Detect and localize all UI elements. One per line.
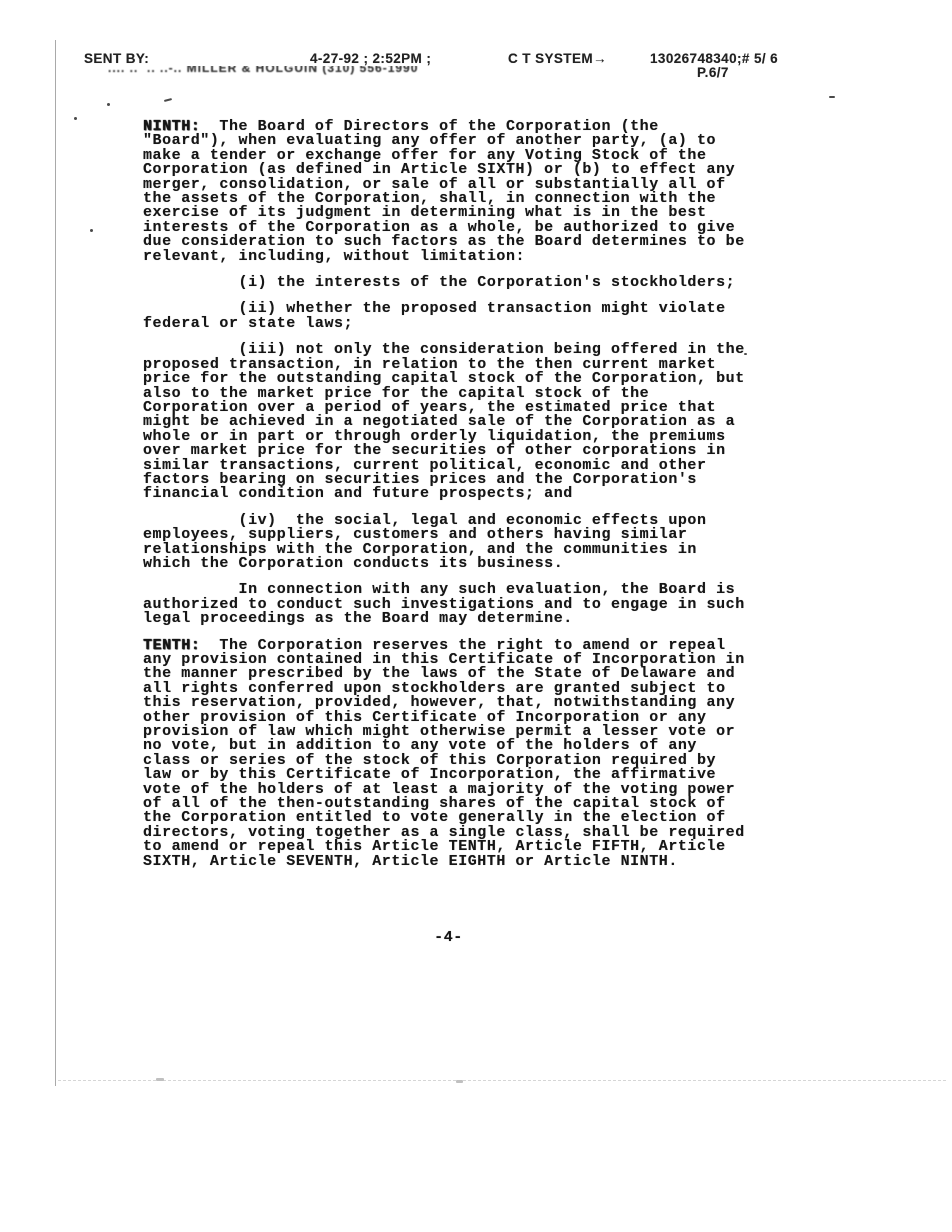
scan-speck	[90, 229, 93, 232]
document-body: NINTH: The Board of Directors of the Cor…	[143, 120, 768, 881]
fax-system-name: C T SYSTEM→	[508, 51, 607, 66]
scan-speck	[164, 98, 172, 102]
page-edge-line-left	[55, 40, 56, 1086]
scan-speck	[107, 103, 110, 106]
fax-sent-by-label: SENT BY:	[84, 51, 149, 66]
scan-smudge	[156, 1078, 164, 1081]
clause-iii-paragraph: (iii) not only the consideration being o…	[143, 343, 768, 501]
fax-page-reference: P.6/7	[697, 65, 729, 80]
clause-iv-paragraph: (iv) the social, legal and economic effe…	[143, 514, 768, 572]
page-number: -4-	[143, 929, 754, 946]
paragraph-text: The Board of Directors of the Corporatio…	[143, 118, 745, 265]
paragraph-text: (iii) not only the consideration being o…	[143, 341, 745, 502]
fax-id-page-count: 13026748340;# 5/ 6	[650, 51, 778, 66]
scan-speck	[829, 96, 835, 98]
scan-smudge	[456, 1080, 463, 1083]
scan-speck	[74, 117, 77, 120]
paragraph-text: The Corporation reserves the right to am…	[143, 637, 745, 870]
evaluation-paragraph: In connection with any such evaluation, …	[143, 583, 768, 626]
clause-i-paragraph: (i) the interests of the Corporation's s…	[143, 276, 768, 290]
page-edge-line-bottom	[58, 1080, 946, 1081]
scanned-fax-page: SENT BY: 4-27-92 ; 2:52PM ; C T SYSTEM→ …	[0, 0, 952, 1232]
paragraph-text: In connection with any such evaluation, …	[143, 581, 745, 627]
article-tenth-paragraph: TENTH: The Corporation reserves the righ…	[143, 639, 768, 870]
article-ninth-paragraph: NINTH: The Board of Directors of the Cor…	[143, 120, 768, 264]
fax-datetime: 4-27-92 ; 2:52PM ;	[310, 51, 431, 66]
paragraph-text: (ii) whether the proposed transaction mi…	[143, 300, 726, 331]
paragraph-text: (iv) the social, legal and economic effe…	[143, 512, 707, 572]
fax-garbled-text: .... .. .. ..-.. MILLER & HOLGUIN (310) …	[108, 66, 498, 75]
paragraph-text: (i) the interests of the Corporation's s…	[143, 274, 735, 291]
clause-ii-paragraph: (ii) whether the proposed transaction mi…	[143, 302, 768, 331]
fax-garbled-overlap-line: .... .. .. ..-.. MILLER & HOLGUIN (310) …	[108, 66, 498, 76]
